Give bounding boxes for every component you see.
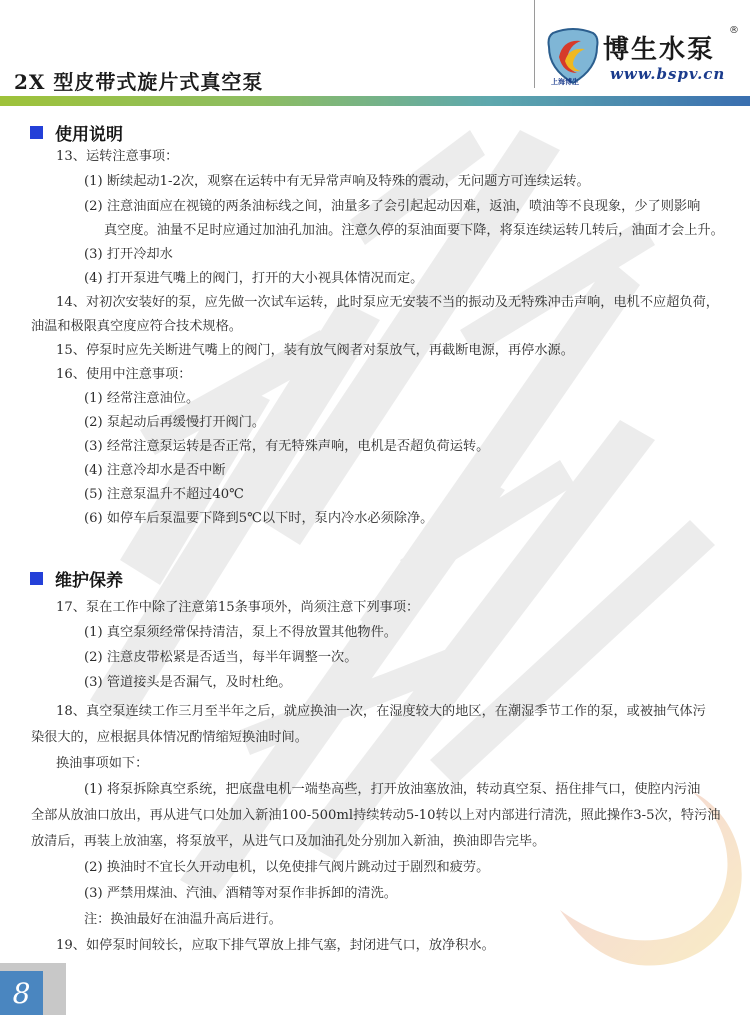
header-divider: [534, 0, 535, 88]
oil-change-heading: 换油事项如下：: [56, 755, 148, 773]
brand-name: 博生水泵: [603, 29, 715, 66]
oil-change-note: 注：换油最好在油温升高后进行。: [84, 911, 282, 929]
item-16-5: (5) 注意泵温升不超过40℃: [84, 486, 244, 504]
page-number: 8: [13, 977, 31, 1010]
item-13-3: (3) 打开冷却水: [84, 246, 173, 264]
brand-sub: 上海博生: [551, 77, 579, 87]
oil-change-1: (1) 将泵拆除真空系统，把底盘电机一端垫高些，打开放油塞放油，转动真空泵、捂住…: [84, 781, 700, 799]
item-16-6: (6) 如停车后泵温要下降到5℃以下时，泵内冷水必须除净。: [84, 510, 433, 528]
item-13-4: (4) 打开泵进气嘴上的阀门，打开的大小视具体情况而定。: [84, 270, 423, 288]
section-marker-icon: [30, 572, 43, 585]
page-header: 2X 型皮带式旋片式真空泵 博生水泵 ® www.bspv.cn 上海博生: [0, 0, 750, 110]
item-17-1: (1) 真空泵须经常保持清洁，泵上不得放置其他物件。: [84, 624, 397, 642]
item-18: 18、真空泵连续工作三月至半年之后，就应换油一次，在湿度较大的地区，在潮湿季节工…: [56, 703, 706, 721]
section-heading-usage: 使用说明: [30, 120, 123, 145]
oil-change-1-cont-b: 放清后，再装上放油塞，将泵放平，从进气口及加油孔处分别加入新油，换油即告完毕。: [31, 833, 545, 851]
item-16-1: (1) 经常注意油位。: [84, 390, 199, 408]
item-19: 19、如停泵时间较长，应取下排气罩放上排气塞，封闭进气口，放净积水。: [56, 937, 495, 955]
document-title: 2X 型皮带式旋片式真空泵: [14, 66, 263, 95]
section-heading-maintenance: 维护保养: [30, 566, 123, 591]
item-14-cont: 油温和极限真空度应符合技术规格。: [31, 318, 242, 336]
item-16-3: (3) 经常注意泵运转是否正常，有无特殊声响，电机是否超负荷运转。: [84, 438, 489, 456]
oil-change-2: (2) 换油时不宜长久开动电机，以免使排气阀片跳动过于剧烈和疲劳。: [84, 859, 489, 877]
registered-mark: ®: [729, 25, 739, 36]
brand-logo: 博生水泵 ® www.bspv.cn 上海博生: [545, 25, 745, 85]
brand-url: www.bspv.cn: [610, 65, 725, 83]
item-13-2-cont: 真空度。油量不足时应通过加油孔加油。注意久停的泵油面要下降，将泵连续运转几转后，…: [104, 222, 724, 240]
header-gradient-bar: [0, 96, 750, 106]
item-18-cont: 染很大的，应根据具体情况酌情缩短换油时间。: [31, 729, 308, 747]
section-marker-icon: [30, 126, 43, 139]
item-15: 15、停泵时应先关断进气嘴上的阀门，装有放气阀者对泵放气，再截断电源，再停水源。: [56, 342, 574, 360]
oil-change-3: (3) 严禁用煤油、汽油、酒精等对泵作非拆卸的清洗。: [84, 885, 397, 903]
page-number-box: 8: [0, 963, 66, 1015]
item-13-1: (1) 断续起动1-2次，观察在运转中有无异常声响及特殊的震动，无问题方可连续运…: [84, 173, 590, 191]
item-14: 14、对初次安装好的泵，应先做一次试车运转，此时泵应无安装不当的振动及无特殊冲击…: [56, 294, 719, 312]
item-13-heading: 13、运转注意事项：: [56, 148, 178, 166]
item-16-heading: 16、使用中注意事项：: [56, 366, 191, 384]
oil-change-1-cont-a: 全部从放油口放出，再从进气口处加入新油100-500ml持续转动5-10转以上对…: [31, 807, 720, 825]
item-17-2: (2) 注意皮带松紧是否适当，每半年调整一次。: [84, 649, 357, 667]
item-16-4: (4) 注意冷却水是否中断: [84, 462, 226, 480]
item-17-3: (3) 管道接头是否漏气，及时杜绝。: [84, 674, 292, 692]
item-16-2: (2) 泵起动后再缓慢打开阀门。: [84, 414, 265, 432]
item-17-heading: 17、泵在工作中除了注意第15条事项外，尚须注意下列事项：: [56, 599, 419, 617]
item-13-2: (2) 注意油面应在视镜的两条油标线之间，油量多了会引起起动因难，返油，喷油等不…: [84, 198, 700, 216]
